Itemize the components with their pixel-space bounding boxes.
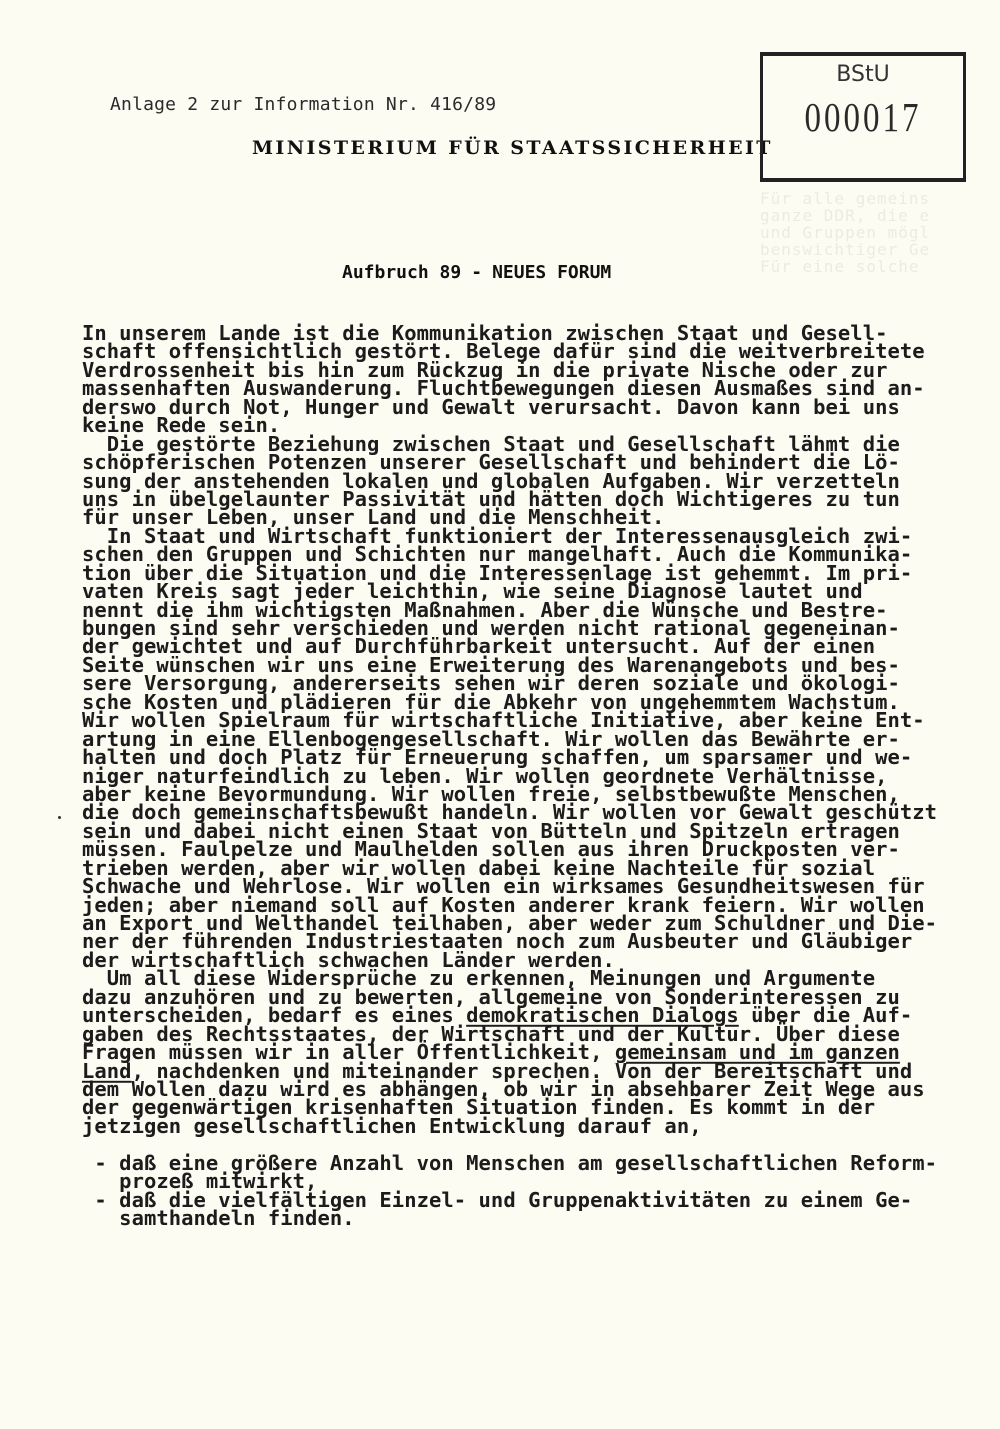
text-segment: jetzigen gesellschaftlichen Entwicklung … bbox=[82, 1114, 702, 1138]
archive-stamp: BStU 000017 bbox=[760, 52, 966, 182]
text-line: jetzigen gesellschaftlichen Entwicklung … bbox=[82, 1117, 982, 1135]
stamp-organization: BStU bbox=[763, 62, 963, 87]
document-body: In unserem Lande ist die Kommunikation z… bbox=[82, 324, 982, 1227]
title-right: NEUES FORUM bbox=[492, 262, 611, 283]
show-through-text: Für alle gemeins ganze DDR, die e und Gr… bbox=[760, 190, 1000, 275]
margin-mark bbox=[58, 816, 61, 819]
document-page: Für alle gemeins ganze DDR, die e und Gr… bbox=[0, 0, 1000, 1429]
document-title: Aufbruch 89-NEUES FORUM bbox=[342, 262, 611, 283]
title-left: Aufbruch 89 bbox=[342, 262, 461, 283]
text-line: samthandeln finden. bbox=[82, 1209, 982, 1227]
title-separator: - bbox=[471, 262, 482, 283]
ministry-heading: MINISTERIUM FÜR STAATSSICHERHEIT bbox=[252, 137, 773, 159]
stamp-page-number: 000017 bbox=[763, 96, 963, 142]
text-segment: samthandeln finden. bbox=[82, 1206, 355, 1230]
document-reference: Anlage 2 zur Information Nr. 416/89 bbox=[110, 94, 496, 115]
